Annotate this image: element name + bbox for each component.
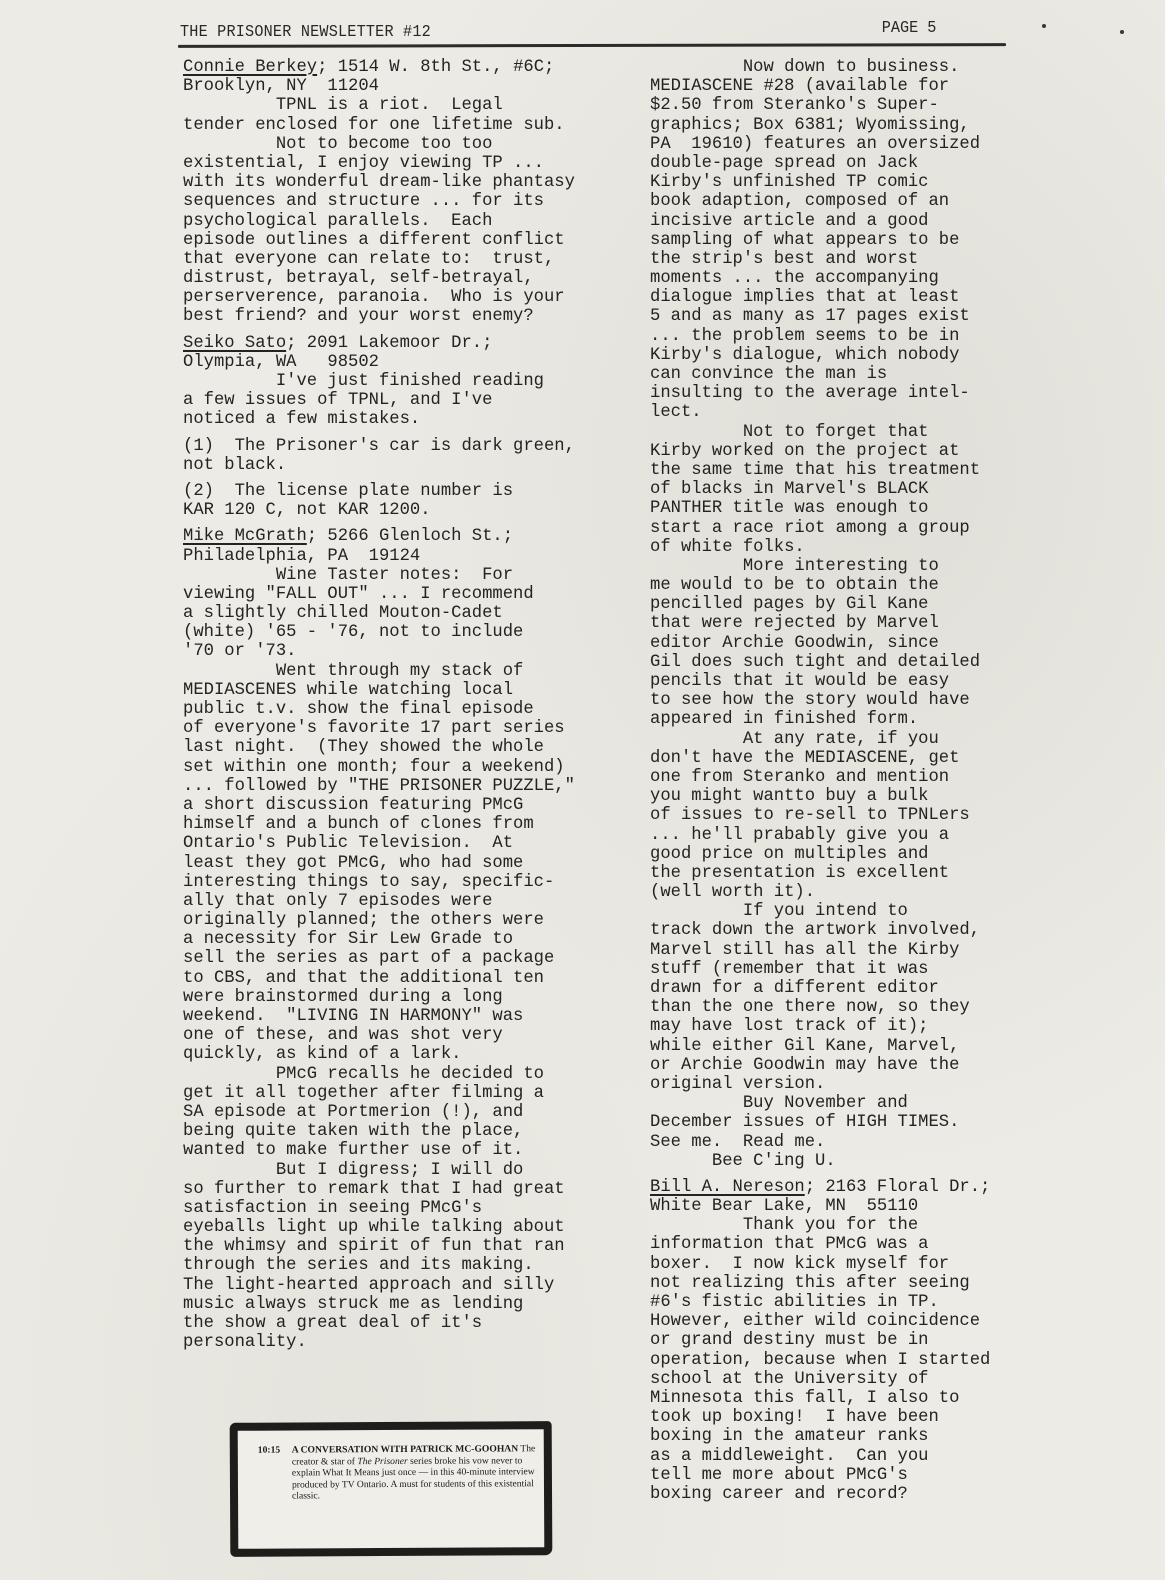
point-line: (2) The license plate number is: [183, 482, 638, 501]
text-line: (white) '65 - '76, not to include: [183, 623, 638, 642]
text-line: incisive article and a good: [650, 212, 1070, 231]
text-line: original version.: [650, 1075, 1070, 1094]
text-line: noticed a few mistakes.: [183, 410, 638, 429]
text-line: drawn for a different editor: [650, 979, 1070, 998]
paragraph-gap: [183, 327, 638, 334]
text-line: himself and a bunch of clones from: [183, 815, 638, 834]
text-line: satisfaction in seeing PMcG's: [183, 1199, 638, 1218]
text-line: a necessity for Sir Lew Grade to: [183, 930, 638, 949]
text-line: Now down to business.: [650, 58, 1070, 77]
text-line: Gil does such tight and detailed: [650, 653, 1070, 672]
paragraph-gap: [183, 520, 638, 527]
correspondent-name: Seiko Sato: [183, 334, 286, 353]
text-line: pencilled pages by Gil Kane: [650, 595, 1070, 614]
letter-address: Seiko Sato; 2091 Lakemoor Dr.;: [183, 334, 638, 353]
city-line: Brooklyn, NY 11204: [183, 77, 638, 96]
text-line: 5 and as many as 17 pages exist: [650, 307, 1070, 326]
tv-listing-clipping: 10:15 A CONVERSATION WITH PATRICK MC-GOO…: [230, 1421, 553, 1557]
text-line: good price on multiples and: [650, 845, 1070, 864]
text-line: tell me more about PMcG's: [650, 1466, 1070, 1485]
text-line: Marvel still has all the Kirby: [650, 941, 1070, 960]
letter-address: Connie Berkey; 1514 W. 8th St., #6C;: [183, 58, 638, 77]
newsletter-page: THE PRISONER NEWSLETTER #12 PAGE 5 Conni…: [0, 0, 1165, 1580]
text-line: last night. (They showed the whole: [183, 738, 638, 757]
text-line: so further to remark that I had great: [183, 1180, 638, 1199]
letter-address: Bill A. Nereson; 2163 Floral Dr.;: [650, 1178, 1070, 1197]
text-line: that were rejected by Marvel: [650, 614, 1070, 633]
text-line: ... he'll prabably give you a: [650, 826, 1070, 845]
text-line: music always struck me as lending: [183, 1295, 638, 1314]
text-line: not realizing this after seeing: [650, 1274, 1070, 1293]
text-line: of blacks in Marvel's BLACK: [650, 480, 1070, 499]
text-line: the whimsy and spirit of fun that ran: [183, 1237, 638, 1256]
street-address: ; 2091 Lakemoor Dr.;: [286, 334, 492, 353]
text-line: '70 or '73.: [183, 642, 638, 661]
text-line: ... followed by "THE PRISONER PUZZLE,": [183, 777, 638, 796]
text-line: sampling of what appears to be: [650, 231, 1070, 250]
clipping-time: 10:15: [258, 1445, 280, 1457]
text-line: MEDIASCENES while watching local: [183, 681, 638, 700]
text-line: a slightly chilled Mouton-Cadet: [183, 604, 638, 623]
text-line: the show a great deal of it's: [183, 1314, 638, 1333]
text-line: SA episode at Portmerion (!), and: [183, 1103, 638, 1122]
text-line: of issues to re-sell to TPNLers: [650, 806, 1070, 825]
text-line: appeared in finished form.: [650, 710, 1070, 729]
point-line: not black.: [183, 456, 638, 475]
text-line: through the series and its making.: [183, 1256, 638, 1275]
text-line: were brainstormed during a long: [183, 988, 638, 1007]
text-line: boxing in the amateur ranks: [650, 1427, 1070, 1446]
text-line: boxing career and record?: [650, 1485, 1070, 1504]
paragraph-gap: [650, 1171, 1070, 1178]
text-line: See me. Read me.: [650, 1133, 1070, 1152]
text-line: or grand destiny must be in: [650, 1331, 1070, 1350]
text-line: Not to forget that: [650, 423, 1070, 442]
text-line: a few issues of TPNL, and I've: [183, 391, 638, 410]
text-line: of everyone's favorite 17 part series: [183, 719, 638, 738]
street-address: ; 5266 Glenloch St.;: [307, 527, 513, 546]
text-line: public t.v. show the final episode: [183, 700, 638, 719]
text-line: Not to become too too: [183, 135, 638, 154]
page-number: PAGE 5: [881, 18, 936, 37]
text-line: of white folks.: [650, 538, 1070, 557]
text-line: I've just finished reading: [183, 372, 638, 391]
text-line: Buy November and: [650, 1094, 1070, 1113]
paper-speck: [1120, 30, 1124, 34]
text-line: existential, I enjoy viewing TP ...: [183, 154, 638, 173]
text-line: viewing "FALL OUT" ... I recommend: [183, 585, 638, 604]
text-line: December issues of HIGH TIMES.: [650, 1113, 1070, 1132]
newsletter-title: THE PRISONER NEWSLETTER #12: [180, 22, 431, 41]
text-line: Bee C'ing U.: [650, 1152, 1070, 1171]
clipping-headline: A CONVERSATION WITH PATRICK MC-GOOHAN: [292, 1443, 518, 1455]
text-line: least they got PMcG, who had some: [183, 854, 638, 873]
text-line: personality.: [183, 1333, 638, 1352]
text-line: may have lost track of it);: [650, 1017, 1070, 1036]
text-line: moments ... the accompanying: [650, 269, 1070, 288]
text-line: episode outlines a different conflict: [183, 231, 638, 250]
text-line: weekend. "LIVING IN HARMONY" was: [183, 1007, 638, 1026]
text-line: start a race riot among a group: [650, 519, 1070, 538]
text-line: the strip's best and worst: [650, 250, 1070, 269]
text-line: the presentation is excellent: [650, 864, 1070, 883]
text-line: quickly, as kind of a lark.: [183, 1045, 638, 1064]
text-line: set within one month; four a weekend): [183, 758, 638, 777]
text-line: ally that only 7 episodes were: [183, 892, 638, 911]
text-line: with its wonderful dream-like phantasy: [183, 173, 638, 192]
text-line: to CBS, and that the additional ten: [183, 969, 638, 988]
paragraph-gap: [183, 475, 638, 482]
text-line: track down the artwork involved,: [650, 921, 1070, 940]
text-line: #6's fistic abilities in TP.: [650, 1293, 1070, 1312]
text-line: But I digress; I will do: [183, 1161, 638, 1180]
left-column: Connie Berkey; 1514 W. 8th St., #6C;Broo…: [183, 58, 638, 1352]
text-line: get it all together after filming a: [183, 1084, 638, 1103]
text-line: Wine Taster notes: For: [183, 566, 638, 585]
text-line: More interesting to: [650, 557, 1070, 576]
text-line: lect.: [650, 403, 1070, 422]
correspondent-name: Bill A. Nereson: [650, 1178, 805, 1197]
text-line: information that PMcG was a: [650, 1235, 1070, 1254]
text-line: that everyone can relate to: trust,: [183, 250, 638, 269]
text-line: a short discussion featuring PMcG: [183, 796, 638, 815]
text-line: However, either wild coincidence: [650, 1312, 1070, 1331]
text-line: ... the problem seems to be in: [650, 327, 1070, 346]
text-line: operation, because when I started: [650, 1351, 1070, 1370]
text-line: distrust, betrayal, self-betrayal,: [183, 269, 638, 288]
clipping-body: A CONVERSATION WITH PATRICK MC-GOOHAN Th…: [292, 1443, 538, 1502]
city-line: Olympia, WA 98502: [183, 353, 638, 372]
page-header: THE PRISONER NEWSLETTER #12 PAGE 5: [180, 18, 1006, 46]
correspondent-name: Mike McGrath: [183, 527, 307, 546]
text-line: to see how the story would have: [650, 691, 1070, 710]
text-line: eyeballs light up while talking about: [183, 1218, 638, 1237]
text-line: perserverence, paranoia. Who is your: [183, 288, 638, 307]
text-line: (well worth it).: [650, 883, 1070, 902]
text-line: Ontario's Public Television. At: [183, 834, 638, 853]
text-line: dialogue implies that at least: [650, 288, 1070, 307]
text-line: PANTHER title was enough to: [650, 499, 1070, 518]
text-line: Kirby worked on the project at: [650, 442, 1070, 461]
text-line: PMcG recalls he decided to: [183, 1065, 638, 1084]
text-line: MEDIASCENE #28 (available for: [650, 77, 1070, 96]
text-line: you might wantto buy a bulk: [650, 787, 1070, 806]
text-line: one of these, and was shot very: [183, 1026, 638, 1045]
text-line: best friend? and your worst enemy?: [183, 307, 638, 326]
text-line: tender enclosed for one lifetime sub.: [183, 116, 638, 135]
text-line: pencils that it would be easy: [650, 672, 1070, 691]
text-line: can convince the man is: [650, 365, 1070, 384]
text-line: stuff (remember that it was: [650, 960, 1070, 979]
text-line: $2.50 from Steranko's Super-: [650, 96, 1070, 115]
text-line: took up boxing! I have been: [650, 1408, 1070, 1427]
text-line: while either Gil Kane, Marvel,: [650, 1037, 1070, 1056]
text-line: as a middleweight. Can you: [650, 1447, 1070, 1466]
correspondent-name: Connie Berkey: [183, 58, 317, 77]
text-line: editor Archie Goodwin, since: [650, 634, 1070, 653]
street-address: ; 2163 Floral Dr.;: [805, 1178, 991, 1197]
text-line: me would to be to obtain the: [650, 576, 1070, 595]
street-address: ; 1514 W. 8th St., #6C;: [317, 58, 554, 77]
text-line: or Archie Goodwin may have the: [650, 1056, 1070, 1075]
clipping-text: 10:15 A CONVERSATION WITH PATRICK MC-GOO…: [258, 1443, 538, 1502]
text-line: Kirby's dialogue, which nobody: [650, 346, 1070, 365]
text-line: At any rate, if you: [650, 730, 1070, 749]
text-line: the same time that his treatment: [650, 461, 1070, 480]
text-line: originally planned; the others were: [183, 911, 638, 930]
text-line: psychological parallels. Each: [183, 212, 638, 231]
clipping-show-title: The Prisoner: [357, 1455, 407, 1466]
text-line: TPNL is a riot. Legal: [183, 96, 638, 115]
text-line: PA 19610) features an oversized: [650, 135, 1070, 154]
text-line: don't have the MEDIASCENE, get: [650, 749, 1070, 768]
text-line: being quite taken with the place,: [183, 1122, 638, 1141]
header-rule: [178, 43, 1006, 48]
text-line: sequences and structure ... for its: [183, 192, 638, 211]
paragraph-gap: [183, 430, 638, 437]
text-line: If you intend to: [650, 902, 1070, 921]
paper-speck: [1042, 24, 1046, 28]
text-line: Kirby's unfinished TP comic: [650, 173, 1070, 192]
point-line: (1) The Prisoner's car is dark green,: [183, 437, 638, 456]
letter-address: Mike McGrath; 5266 Glenloch St.;: [183, 527, 638, 546]
text-line: wanted to make further use of it.: [183, 1141, 638, 1160]
text-line: graphics; Box 6381; Wyomissing,: [650, 116, 1070, 135]
text-line: sell the series as part of a package: [183, 949, 638, 968]
city-line: Philadelphia, PA 19124: [183, 547, 638, 566]
text-line: interesting things to say, specific-: [183, 873, 638, 892]
text-line: insulting to the average intel-: [650, 384, 1070, 403]
text-line: Thank you for the: [650, 1216, 1070, 1235]
text-line: one from Steranko and mention: [650, 768, 1070, 787]
text-line: Minnesota this fall, I also to: [650, 1389, 1070, 1408]
text-line: boxer. I now kick myself for: [650, 1255, 1070, 1274]
text-line: The light-hearted approach and silly: [183, 1276, 638, 1295]
text-line: than the one there now, so they: [650, 998, 1070, 1017]
right-column: Now down to business.MEDIASCENE #28 (ava…: [650, 58, 1070, 1504]
text-line: Went through my stack of: [183, 662, 638, 681]
text-line: double-page spread on Jack: [650, 154, 1070, 173]
text-line: school at the University of: [650, 1370, 1070, 1389]
city-line: White Bear Lake, MN 55110: [650, 1197, 1070, 1216]
text-line: book adaption, composed of an: [650, 192, 1070, 211]
point-line: KAR 120 C, not KAR 1200.: [183, 501, 638, 520]
